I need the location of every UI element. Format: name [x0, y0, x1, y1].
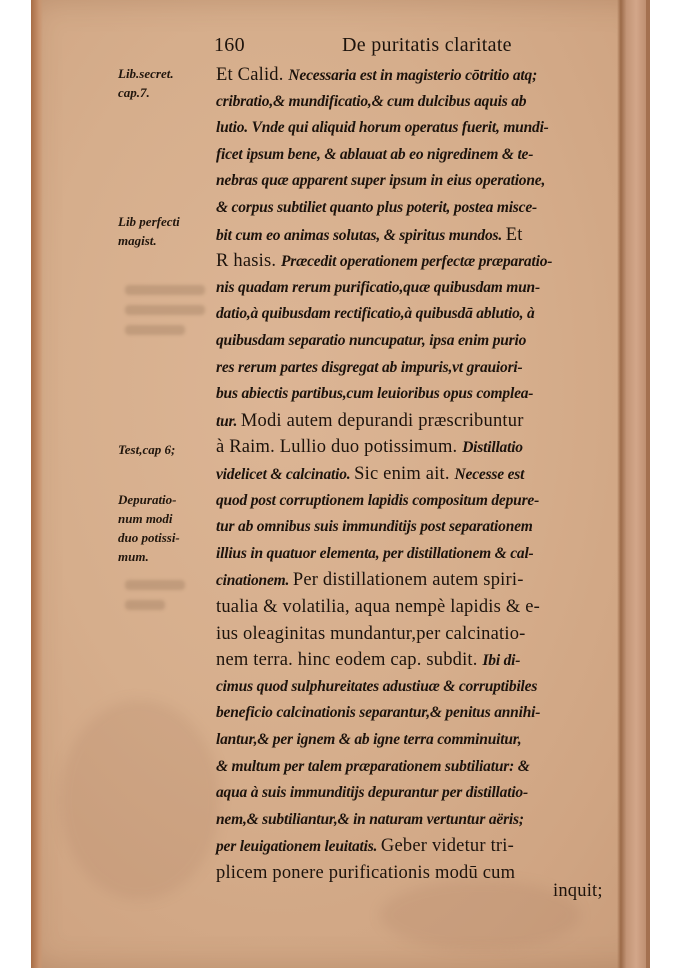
margin-note-line: duo potissi- — [118, 528, 180, 547]
text-line: à Raim. Lullio duo potissimum. Distillat… — [216, 434, 636, 460]
margin-note-line: Test,cap 6; — [118, 440, 175, 459]
italic-text: bit cum eo animas solutas, & spiritus mu… — [216, 227, 506, 244]
margin-note-line: num modi — [118, 509, 180, 528]
italic-text: aqua à suis immunditijs depurantur per d… — [216, 784, 528, 801]
italic-text: quod post corruptionem lapidis compositu… — [216, 492, 539, 509]
roman-text: tualia & volatilia, aqua nempè lapidis &… — [216, 597, 540, 617]
page-number: 160 — [214, 34, 245, 57]
italic-text: tur ab omnibus suis immunditijs post sep… — [216, 518, 533, 535]
text-line: Et Calid. Necessaria est in magisterio c… — [216, 62, 636, 88]
text-line: nis quadam rerum purificatio,quæ quibusd… — [216, 275, 636, 301]
bleed-through-mark — [125, 580, 185, 590]
roman-text: Geber videtur tri- — [381, 836, 514, 856]
text-line: res rerum partes disgregat ab impuris,vt… — [216, 355, 636, 381]
text-line: quod post corruptionem lapidis compositu… — [216, 488, 636, 514]
text-line: bus abiectis partibus,cum leuioribus opu… — [216, 381, 636, 407]
running-head-title: De puritatis claritate — [342, 34, 512, 57]
text-line: cimus quod sulphureitates adustiuæ & cor… — [216, 674, 636, 700]
roman-text: Et — [506, 225, 523, 245]
text-line: illius in quatuor elementa, per distilla… — [216, 541, 636, 567]
text-line: nem,& subtiliantur,& in naturam vertuntu… — [216, 807, 636, 833]
margin-note-line: cap.7. — [118, 83, 174, 102]
text-line: & corpus subtiliet quanto plus poterit, … — [216, 195, 636, 221]
roman-text: Et Calid. — [216, 65, 288, 85]
text-line: nebras quæ apparent super ipsum in eius … — [216, 168, 636, 194]
text-line: R hasis. Præcedit operationem perfectæ p… — [216, 248, 636, 274]
bleed-through-mark — [125, 325, 185, 335]
text-line: datio,à quibusdam rectificatio,à quibusd… — [216, 301, 636, 327]
bleed-through-mark — [125, 600, 165, 610]
italic-text: datio,à quibusdam rectificatio,à quibusd… — [216, 305, 535, 322]
roman-text: à Raim. Lullio duo potissimum. — [216, 437, 462, 457]
margin-note-line: mum. — [118, 547, 180, 566]
text-line: quibusdam separatio nuncupatur, ipsa eni… — [216, 328, 636, 354]
italic-text: nis quadam rerum purificatio,quæ quibusd… — [216, 279, 540, 296]
bleed-through-mark — [125, 285, 205, 295]
italic-text: beneficio calcinationis separantur,& pen… — [216, 704, 540, 721]
text-line: lutio. Vnde qui aliquid horum operatus f… — [216, 115, 636, 141]
italic-text: quibusdam separatio nuncupatur, ipsa eni… — [216, 332, 526, 349]
roman-text: Sic enim ait. — [354, 464, 454, 484]
text-line: cinationem. Per distillationem autem spi… — [216, 567, 636, 593]
italic-text: videlicet & calcinatio. — [216, 466, 354, 483]
text-line: videlicet & calcinatio. Sic enim ait. Ne… — [216, 461, 636, 487]
text-line: nem terra. hinc eodem cap. subdit. Ibi d… — [216, 647, 636, 673]
text-line: aqua à suis immunditijs depurantur per d… — [216, 780, 636, 806]
text-line: ius oleaginitas mundantur,per calcinatio… — [216, 621, 636, 647]
catchword: inquit; — [553, 878, 643, 904]
italic-text: Necessaria est in magisterio cōtritio at… — [288, 67, 537, 84]
text-line: tualia & volatilia, aqua nempè lapidis &… — [216, 594, 636, 620]
margin-note: Lib.secret.cap.7. — [118, 64, 174, 102]
text-line: lantur,& per ignem & ab igne terra commi… — [216, 727, 636, 753]
margin-note: Lib perfectimagist. — [118, 212, 180, 250]
italic-text: cimus quod sulphureitates adustiuæ & cor… — [216, 678, 537, 695]
italic-text: nebras quæ apparent super ipsum in eius … — [216, 172, 545, 189]
italic-text: & corpus subtiliet quanto plus poterit, … — [216, 199, 537, 216]
margin-note-line: Lib.secret. — [118, 64, 174, 83]
margin-note: Depuratio-num modiduo potissi-mum. — [118, 490, 180, 566]
text-line: beneficio calcinationis separantur,& pen… — [216, 700, 636, 726]
margin-note-line: magist. — [118, 231, 180, 250]
margin-note-line: Lib perfecti — [118, 212, 180, 231]
margin-note: Test,cap 6; — [118, 440, 175, 459]
italic-text: cinationem. — [216, 572, 293, 589]
italic-text: Necesse est — [455, 466, 525, 483]
paper-stain — [60, 700, 220, 900]
text-line: cribratio,& mundificatio,& cum dulcibus … — [216, 89, 636, 115]
italic-text: ficet ipsum bene, & ablauat ab eo nigred… — [216, 146, 533, 163]
text-line: tur. Modi autem depurandi præscribuntur — [216, 408, 636, 434]
bleed-through-mark — [125, 305, 205, 315]
roman-text: plicem ponere purificationis modū cum — [216, 863, 515, 883]
italic-text: & multum per talem præparationem subtili… — [216, 758, 530, 775]
italic-text: bus abiectis partibus,cum leuioribus opu… — [216, 385, 533, 402]
text-line: per leuigationem leuitatis. Geber videtu… — [216, 833, 636, 859]
text-line: & multum per talem præparationem subtili… — [216, 754, 636, 780]
italic-text: illius in quatuor elementa, per distilla… — [216, 545, 534, 562]
italic-text: lutio. Vnde qui aliquid horum operatus f… — [216, 119, 549, 136]
text-line: bit cum eo animas solutas, & spiritus mu… — [216, 222, 636, 248]
roman-text: R hasis. — [216, 251, 281, 271]
page-edge-line — [646, 0, 650, 968]
italic-text: tur. — [216, 413, 241, 430]
roman-text: nem terra. hinc eodem cap. subdit. — [216, 650, 482, 670]
italic-text: per leuigationem leuitatis. — [216, 838, 381, 855]
paper-stain — [380, 880, 580, 950]
italic-text: cribratio,& mundificatio,& cum dulcibus … — [216, 93, 526, 110]
italic-text: nem,& subtiliantur,& in naturam vertuntu… — [216, 811, 524, 828]
margin-note-line: Depuratio- — [118, 490, 180, 509]
text-line: tur ab omnibus suis immunditijs post sep… — [216, 514, 636, 540]
italic-text: Ibi di- — [482, 652, 520, 669]
italic-text: lantur,& per ignem & ab igne terra commi… — [216, 731, 521, 748]
roman-text: Per distillationem autem spiri- — [293, 570, 524, 590]
italic-text: res rerum partes disgregat ab impuris,vt… — [216, 359, 523, 376]
italic-text: Distillatio — [462, 439, 523, 456]
italic-text: Præcedit operationem perfectæ præparatio… — [281, 253, 552, 270]
roman-text: ius oleaginitas mundantur,per calcinatio… — [216, 624, 526, 644]
roman-text: Modi autem depurandi præscribuntur — [241, 411, 524, 431]
text-line: ficet ipsum bene, & ablauat ab eo nigred… — [216, 142, 636, 168]
page-gutter-shadow — [31, 0, 43, 968]
